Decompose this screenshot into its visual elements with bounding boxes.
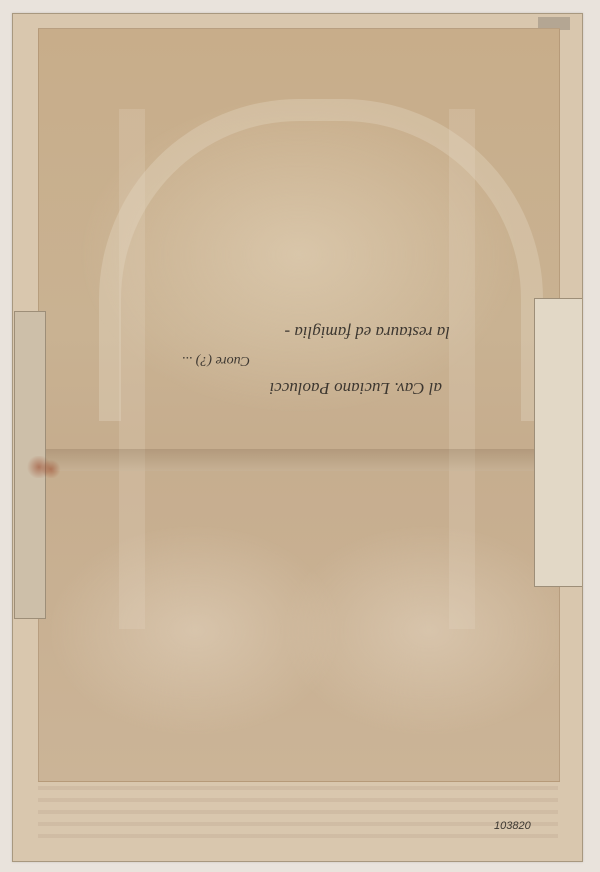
handwritten-inscription: al Cav. Luciano Paolucci Cuore (?) ... l… — [130, 272, 450, 402]
horizontal-fold-band — [39, 449, 559, 471]
inscription-line: la restaura ed famiglia - — [130, 318, 450, 346]
right-edge-tape — [534, 298, 583, 587]
inscription-line: al Cav. Luciano Paolucci — [130, 374, 450, 402]
inventory-number: 103820 — [494, 820, 531, 832]
print-sheet — [12, 13, 583, 862]
plate-impression — [38, 28, 560, 782]
inscription-line: Cuore (?) ... — [130, 346, 450, 374]
rust-stain — [27, 456, 67, 478]
caption-show-through — [38, 786, 558, 846]
show-through-column-right — [449, 109, 475, 629]
